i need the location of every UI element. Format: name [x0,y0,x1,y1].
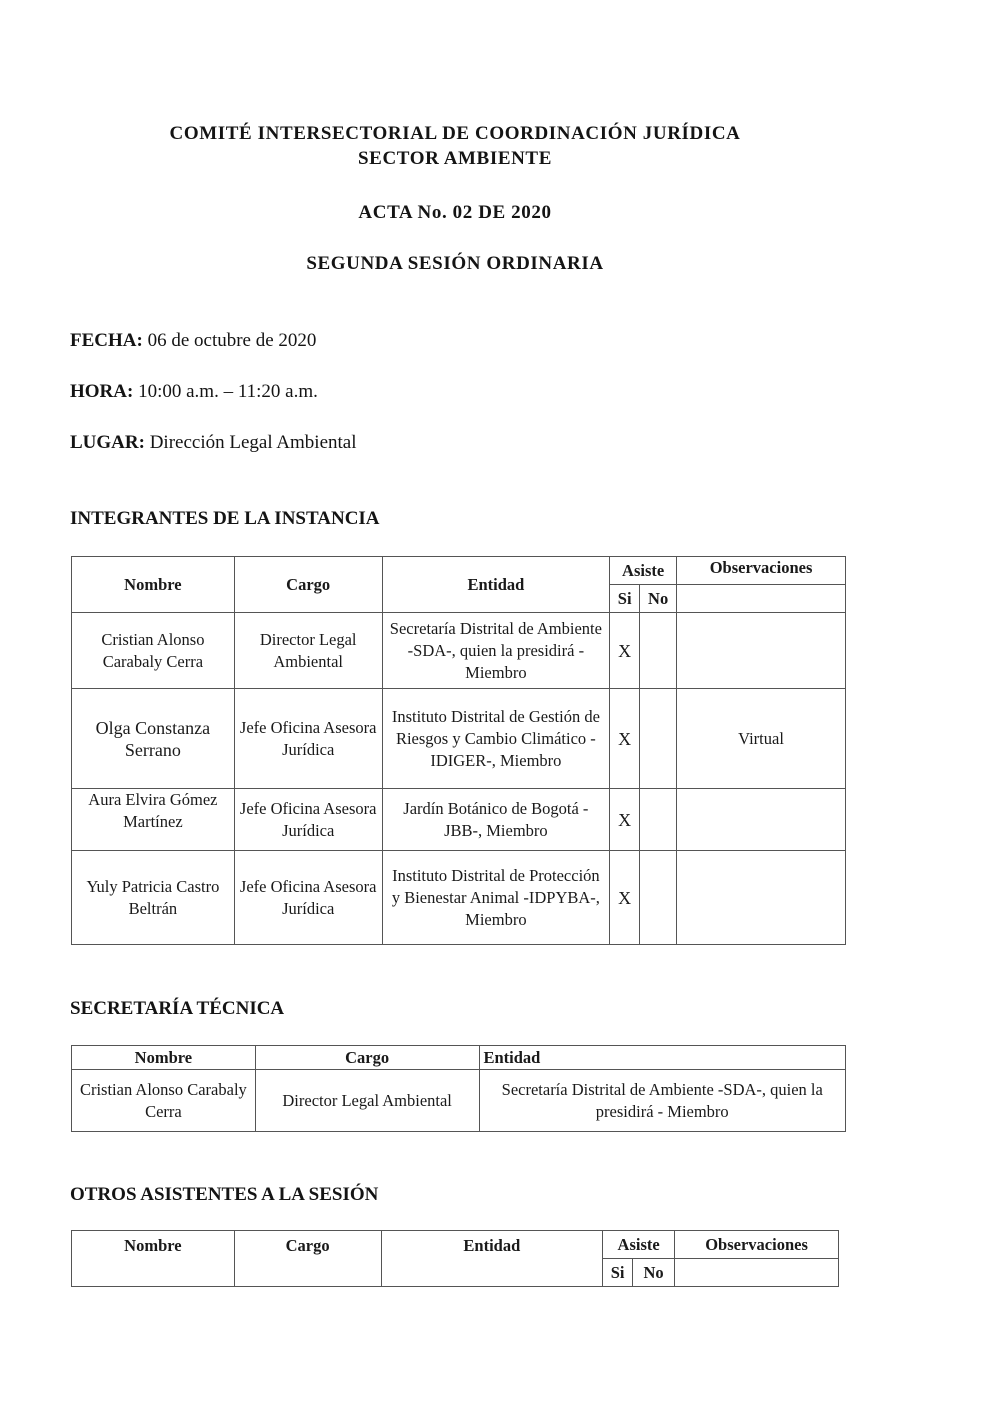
col-observaciones: Observaciones [675,1231,839,1259]
row-entidad: Instituto Distrital de Protección y Bien… [382,851,610,945]
integrantes-table: Nombre Cargo Entidad Asiste Observacione… [71,556,846,945]
table-row: Cristian Alonso Carabaly Cerra Director … [72,1070,846,1132]
fecha-field: FECHA: 06 de octubre de 2020 [70,330,316,352]
row-si: X [610,689,640,789]
committee-title: COMITÉ INTERSECTORIAL DE COORDINACIÓN JU… [0,123,910,145]
col-observaciones: Observaciones [677,557,846,585]
col-nombre: Nombre [72,557,235,613]
hora-value: 10:00 a.m. – 11:20 a.m. [138,381,318,402]
row-nombre: Cristian Alonso Carabaly Cerra [72,613,235,689]
col-observaciones-sub [677,585,846,613]
otros-table: Nombre Cargo Entidad Asiste Observacione… [71,1230,839,1287]
row-si: X [610,613,640,689]
col-no: No [640,585,677,613]
lugar-field: LUGAR: Dirección Legal Ambiental [70,432,357,454]
secretaria-table: Nombre Cargo Entidad Cristian Alonso Car… [71,1045,846,1132]
row-cargo: Jefe Oficina Asesora Jurídica [234,851,382,945]
row-observaciones [677,789,846,851]
col-no: No [633,1259,675,1287]
table-row: Aura Elvira Gómez Martínez Jefe Oficina … [72,789,846,851]
row-no [640,689,677,789]
row-entidad: Secretaría Distrital de Ambiente -SDA-, … [382,613,610,689]
row-cargo: Jefe Oficina Asesora Jurídica [234,689,382,789]
hora-field: HORA: 10:00 a.m. – 11:20 a.m. [70,381,318,403]
row-entidad: Secretaría Distrital de Ambiente -SDA-, … [479,1070,846,1132]
col-cargo: Cargo [234,557,382,613]
row-cargo: Director Legal Ambiental [255,1070,479,1132]
row-cargo: Jefe Oficina Asesora Jurídica [234,789,382,851]
row-observaciones [677,851,846,945]
col-entidad: Entidad [381,1231,603,1287]
row-no [640,851,677,945]
integrantes-heading: INTEGRANTES DE LA INSTANCIA [70,508,380,530]
col-cargo: Cargo [234,1231,381,1287]
fecha-value: 06 de octubre de 2020 [148,330,317,351]
col-entidad: Entidad [382,557,610,613]
row-nombre: Cristian Alonso Carabaly Cerra [72,1070,256,1132]
row-observaciones [677,613,846,689]
col-si: Si [603,1259,633,1287]
col-entidad: Entidad [479,1046,846,1070]
col-nombre: Nombre [72,1231,235,1287]
sector-title: SECTOR AMBIENTE [0,148,910,170]
row-no [640,613,677,689]
session-title: SEGUNDA SESIÓN ORDINARIA [0,253,910,275]
otros-heading: OTROS ASISTENTES A LA SESIÓN [70,1184,378,1206]
row-observaciones: Virtual [677,689,846,789]
col-cargo: Cargo [255,1046,479,1070]
table-row: Cristian Alonso Carabaly Cerra Director … [72,613,846,689]
table-row: Olga Constanza Serrano Jefe Oficina Ases… [72,689,846,789]
row-nombre: Olga Constanza Serrano [72,689,235,789]
col-observaciones-sub [675,1259,839,1287]
table-row: Yuly Patricia Castro Beltrán Jefe Oficin… [72,851,846,945]
lugar-value: Dirección Legal Ambiental [150,432,357,453]
row-nombre: Yuly Patricia Castro Beltrán [72,851,235,945]
fecha-label: FECHA: [70,330,143,351]
row-no [640,789,677,851]
col-si: Si [610,585,640,613]
row-si: X [610,851,640,945]
row-entidad: Jardín Botánico de Bogotá -JBB-, Miembro [382,789,610,851]
col-nombre: Nombre [72,1046,256,1070]
secretaria-heading: SECRETARÍA TÉCNICA [70,998,284,1020]
row-nombre: Aura Elvira Gómez Martínez [72,789,235,851]
row-si: X [610,789,640,851]
hora-label: HORA: [70,381,133,402]
row-entidad: Instituto Distrital de Gestión de Riesgo… [382,689,610,789]
col-asiste: Asiste [603,1231,675,1259]
row-cargo: Director Legal Ambiental [234,613,382,689]
lugar-label: LUGAR: [70,432,145,453]
acta-number: ACTA No. 02 DE 2020 [0,202,910,224]
col-asiste: Asiste [610,557,677,585]
